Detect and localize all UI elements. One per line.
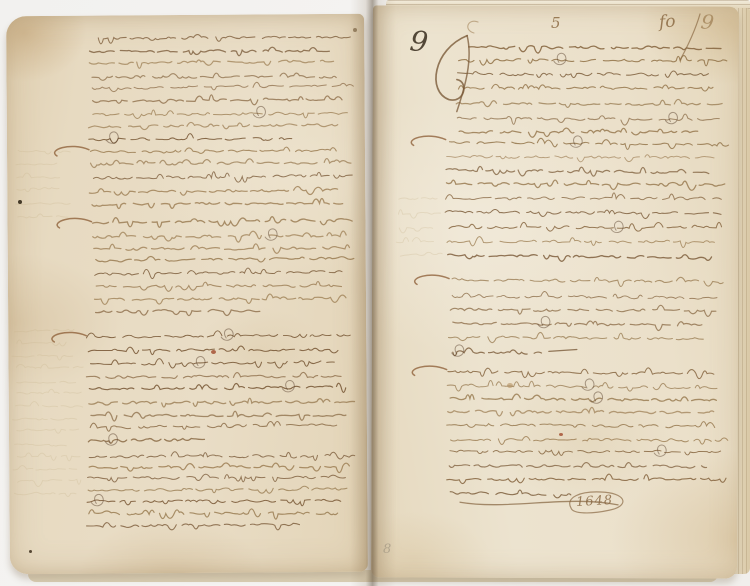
rust-blot: [211, 350, 216, 354]
left-page: [6, 14, 368, 574]
ink-speck: [18, 200, 22, 204]
rust-blot: [559, 433, 563, 436]
manuscript-photograph: 9 5 fo 9 8 1648: [0, 0, 750, 586]
right-page: [371, 5, 739, 578]
ink-speck: [29, 550, 32, 553]
foxing-spot: [507, 383, 513, 388]
foxing-spot: [353, 28, 357, 32]
